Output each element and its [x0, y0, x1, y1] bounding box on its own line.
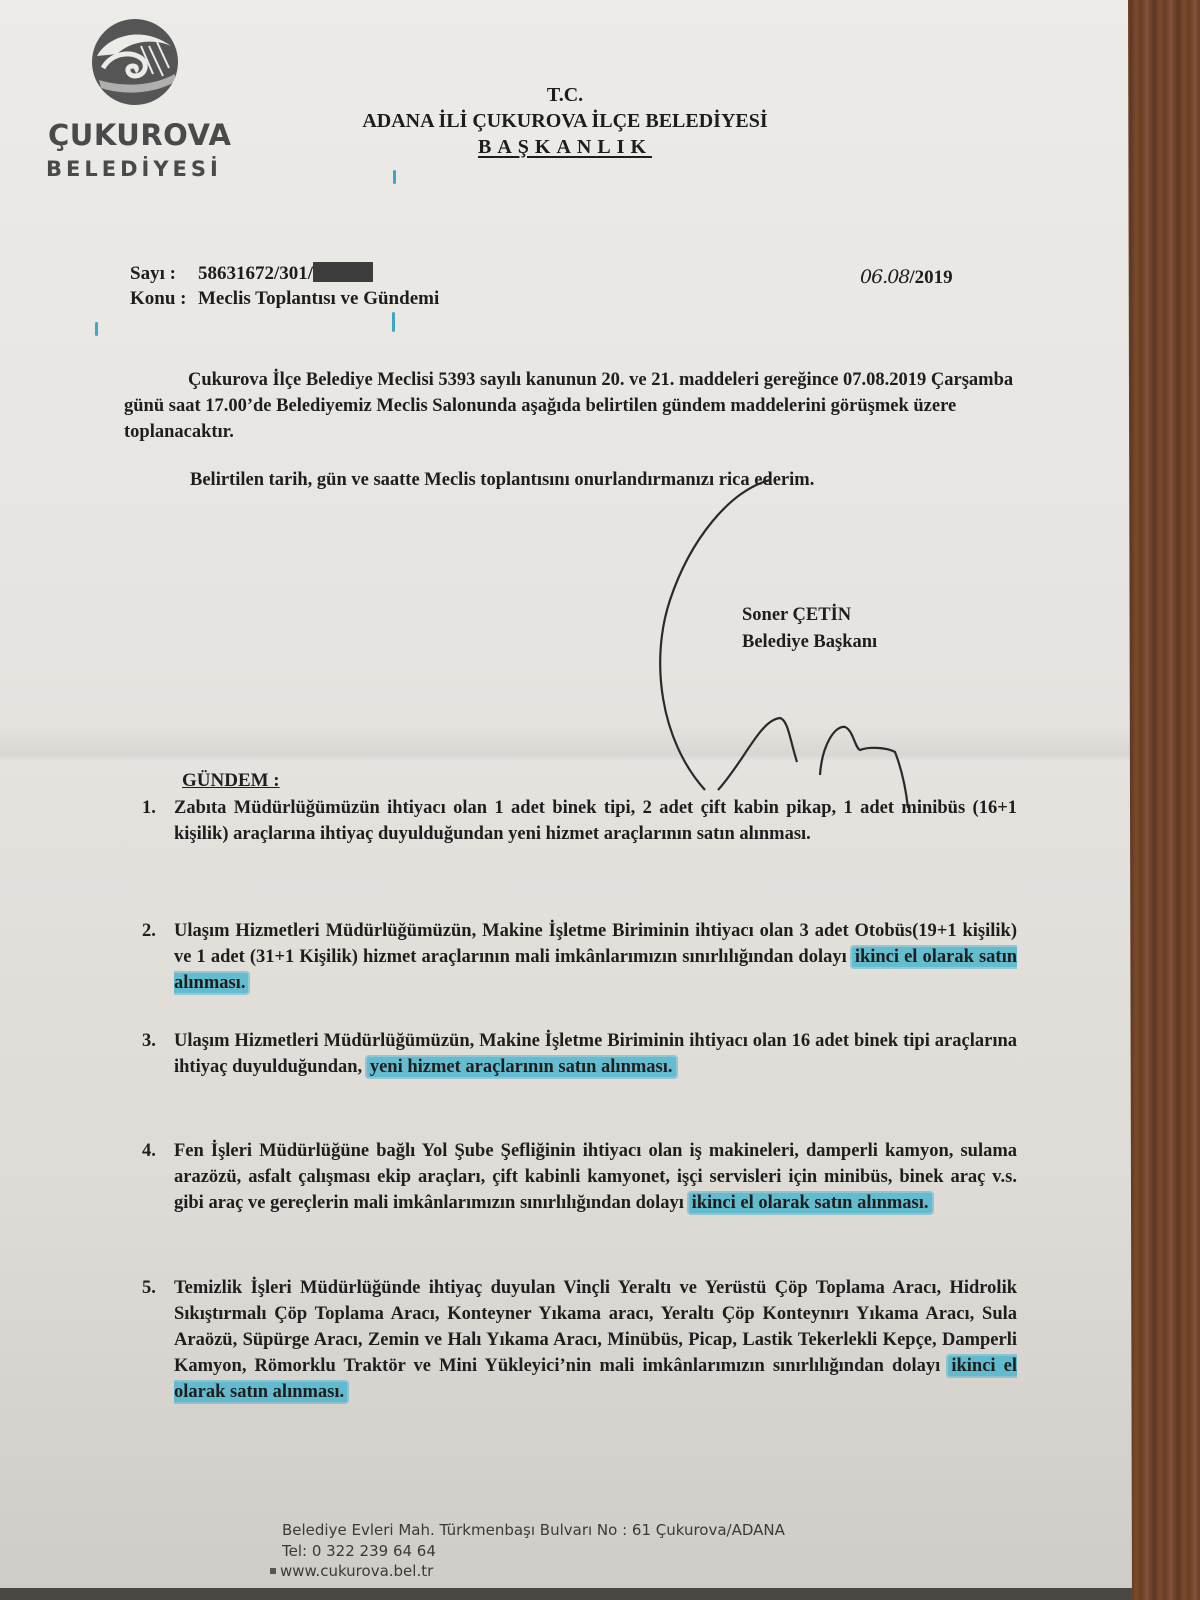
agenda-title: GÜNDEM : — [182, 770, 280, 792]
highlighted-text: yeni hizmet araçlarının satın alınması. — [367, 1057, 676, 1077]
subject-line: Konu :Meclis Toplantısı ve Gündemi — [130, 288, 439, 310]
footer-phone: Tel: 0 322 239 64 64 — [282, 1542, 436, 1560]
footer-band — [0, 1588, 1132, 1600]
wooden-surface — [1130, 0, 1200, 1600]
agenda-item: 3. Ulaşım Hizmetleri Müdürlüğümüzün, Mak… — [142, 1028, 1017, 1080]
pen-mark — [95, 322, 98, 336]
logo-subtitle: BELEDİYESİ — [46, 157, 222, 181]
closing-paragraph: Belirtilen tarih, gün ve saatte Meclis t… — [190, 467, 1080, 493]
agenda-item: 5. Temizlik İşleri Müdürlüğünde ihtiyaç … — [142, 1275, 1017, 1405]
body-paragraph: Çukurova İlçe Belediye Meclisi 5393 sayı… — [124, 367, 1014, 445]
agenda-item: 2. Ulaşım Hizmetleri Müdürlüğümüzün, Mak… — [142, 918, 1017, 996]
logo-name: ÇUKUROVA — [48, 118, 231, 152]
redacted-block — [313, 262, 373, 282]
wave-circle-logo-icon — [89, 16, 181, 108]
agenda-item: 4. Fen İşleri Müdürlüğüne bağlı Yol Şube… — [142, 1138, 1017, 1216]
footer-address: Belediye Evleri Mah. Türkmenbaşı Bulvarı… — [282, 1521, 785, 1539]
signatory-title: Belediye Başkanı — [742, 632, 877, 653]
document-date: 06.08/2019 — [860, 266, 953, 289]
pen-mark — [393, 170, 396, 184]
reference-number: Sayı :58631672/301/ — [130, 262, 373, 285]
agenda-item: 1. Zabıta Müdürlüğümüzün ihtiyacı olan 1… — [142, 795, 1017, 847]
highlighted-text: ikinci el olarak satın alınması. — [689, 1193, 932, 1213]
document-page: ÇUKUROVA BELEDİYESİ T.C. ADANA İLİ ÇUKUR… — [0, 0, 1132, 1600]
header-institution: ADANA İLİ ÇUKUROVA İLÇE BELEDİYESİ — [300, 110, 830, 133]
header-department: BAŞKANLIK — [300, 136, 830, 159]
header-tc: T.C. — [300, 84, 830, 107]
footer-website: www.cukurova.bel.tr — [282, 1562, 435, 1580]
pen-mark — [392, 312, 395, 332]
paper-fold — [0, 725, 1132, 785]
signatory-name: Soner ÇETİN — [742, 605, 851, 626]
